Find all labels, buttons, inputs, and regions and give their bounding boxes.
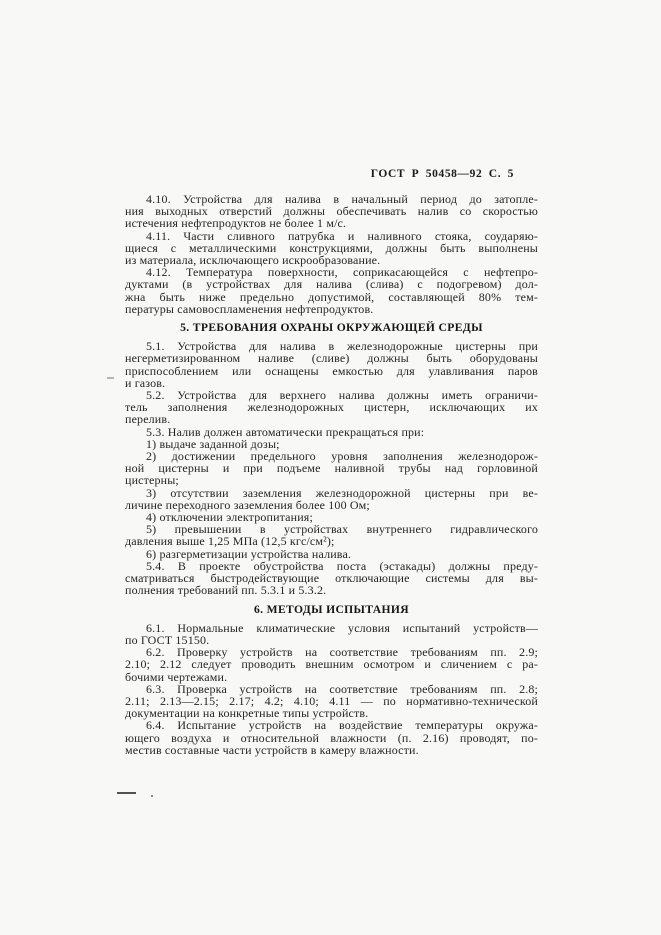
text-line: 2.10; 2.12 следует проводить внешним осм… xyxy=(125,658,538,670)
paragraph: 6.2. Проверку устройств на соответствие … xyxy=(125,646,538,683)
margin-speck-mark xyxy=(107,377,114,379)
text-line: перелив. xyxy=(125,413,538,425)
paragraph: 3) отсутствии заземления железнодорожной… xyxy=(125,487,538,511)
text-line: полнения требований пп. 5.3.1 и 5.3.2. xyxy=(125,584,538,596)
text-line: давления выше 1,25 МПа (12,5 кгс/см²); xyxy=(125,535,538,547)
text-line: бочими чертежами. xyxy=(125,671,538,683)
text-line: истечения нефтепродуктов не более 1 м/с. xyxy=(125,217,538,229)
running-header: ГОСТ Р 50458—92 С. 5 xyxy=(125,168,514,180)
text-line: ющего воздуха и относительной влажности … xyxy=(125,732,538,744)
text-line: цистерны; xyxy=(125,474,538,486)
scanned-document-page: ГОСТ Р 50458—92 С. 5 4.10. Устройства дл… xyxy=(0,0,661,935)
text-line: 4.11. Части сливного патрубка и наливног… xyxy=(125,230,538,242)
text-line: приспособлением или оснащены емкостью дл… xyxy=(125,365,538,377)
text-line: дуктами (в устройствах для налива (слива… xyxy=(125,278,538,290)
text-line: местив составные части устройств в камер… xyxy=(125,744,538,756)
paragraph: 4.10. Устройства для налива в начальный … xyxy=(125,193,538,230)
paragraph: 6.1. Нормальные климатические условия ис… xyxy=(125,622,538,646)
document-body: 4.10. Устройства для налива в начальный … xyxy=(125,193,538,756)
text-line: 6.4. Испытание устройств на воздействие … xyxy=(125,719,538,731)
text-line: тель заполнения железнодорожных цистерн,… xyxy=(125,401,538,413)
paragraph: 6.3. Проверка устройств на соответствие … xyxy=(125,683,538,720)
text-line: ной цистерны и при подъеме наливной труб… xyxy=(125,462,538,474)
margin-dot-mark xyxy=(151,795,153,797)
paragraph: 4.12. Температура поверхности, соприкаса… xyxy=(125,266,538,315)
paragraph: 5) превышении в устройствах внутреннего … xyxy=(125,523,538,547)
text-line: пературы самовоспламенения нефтепродукто… xyxy=(125,303,538,315)
text-line: 5. ТРЕБОВАНИЯ ОХРАНЫ ОКРУЖАЮЩЕЙ СРЕДЫ xyxy=(125,322,538,334)
section-heading: 5. ТРЕБОВАНИЯ ОХРАНЫ ОКРУЖАЮЩЕЙ СРЕДЫ xyxy=(125,322,538,334)
text-line: 6. МЕТОДЫ ИСПЫТАНИЯ xyxy=(125,604,538,616)
paragraph: 4.11. Части сливного патрубка и наливног… xyxy=(125,230,538,267)
text-line: жна быть ниже предельно допустимой, сост… xyxy=(125,291,538,303)
paragraph: 6.4. Испытание устройств на воздействие … xyxy=(125,719,538,756)
paragraph: 5.1. Устройства для налива в железнодоро… xyxy=(125,340,538,389)
paragraph: 5.4. В проекте обустройства поста (эстак… xyxy=(125,560,538,597)
text-line: негерметизированном наливе (сливе) должн… xyxy=(125,352,538,364)
paragraph: 2) достижении предельного уровня заполне… xyxy=(125,450,538,487)
margin-dash-mark xyxy=(117,792,136,794)
section-heading: 6. МЕТОДЫ ИСПЫТАНИЯ xyxy=(125,604,538,616)
paragraph: 5.2. Устройства для верхнего налива долж… xyxy=(125,389,538,426)
